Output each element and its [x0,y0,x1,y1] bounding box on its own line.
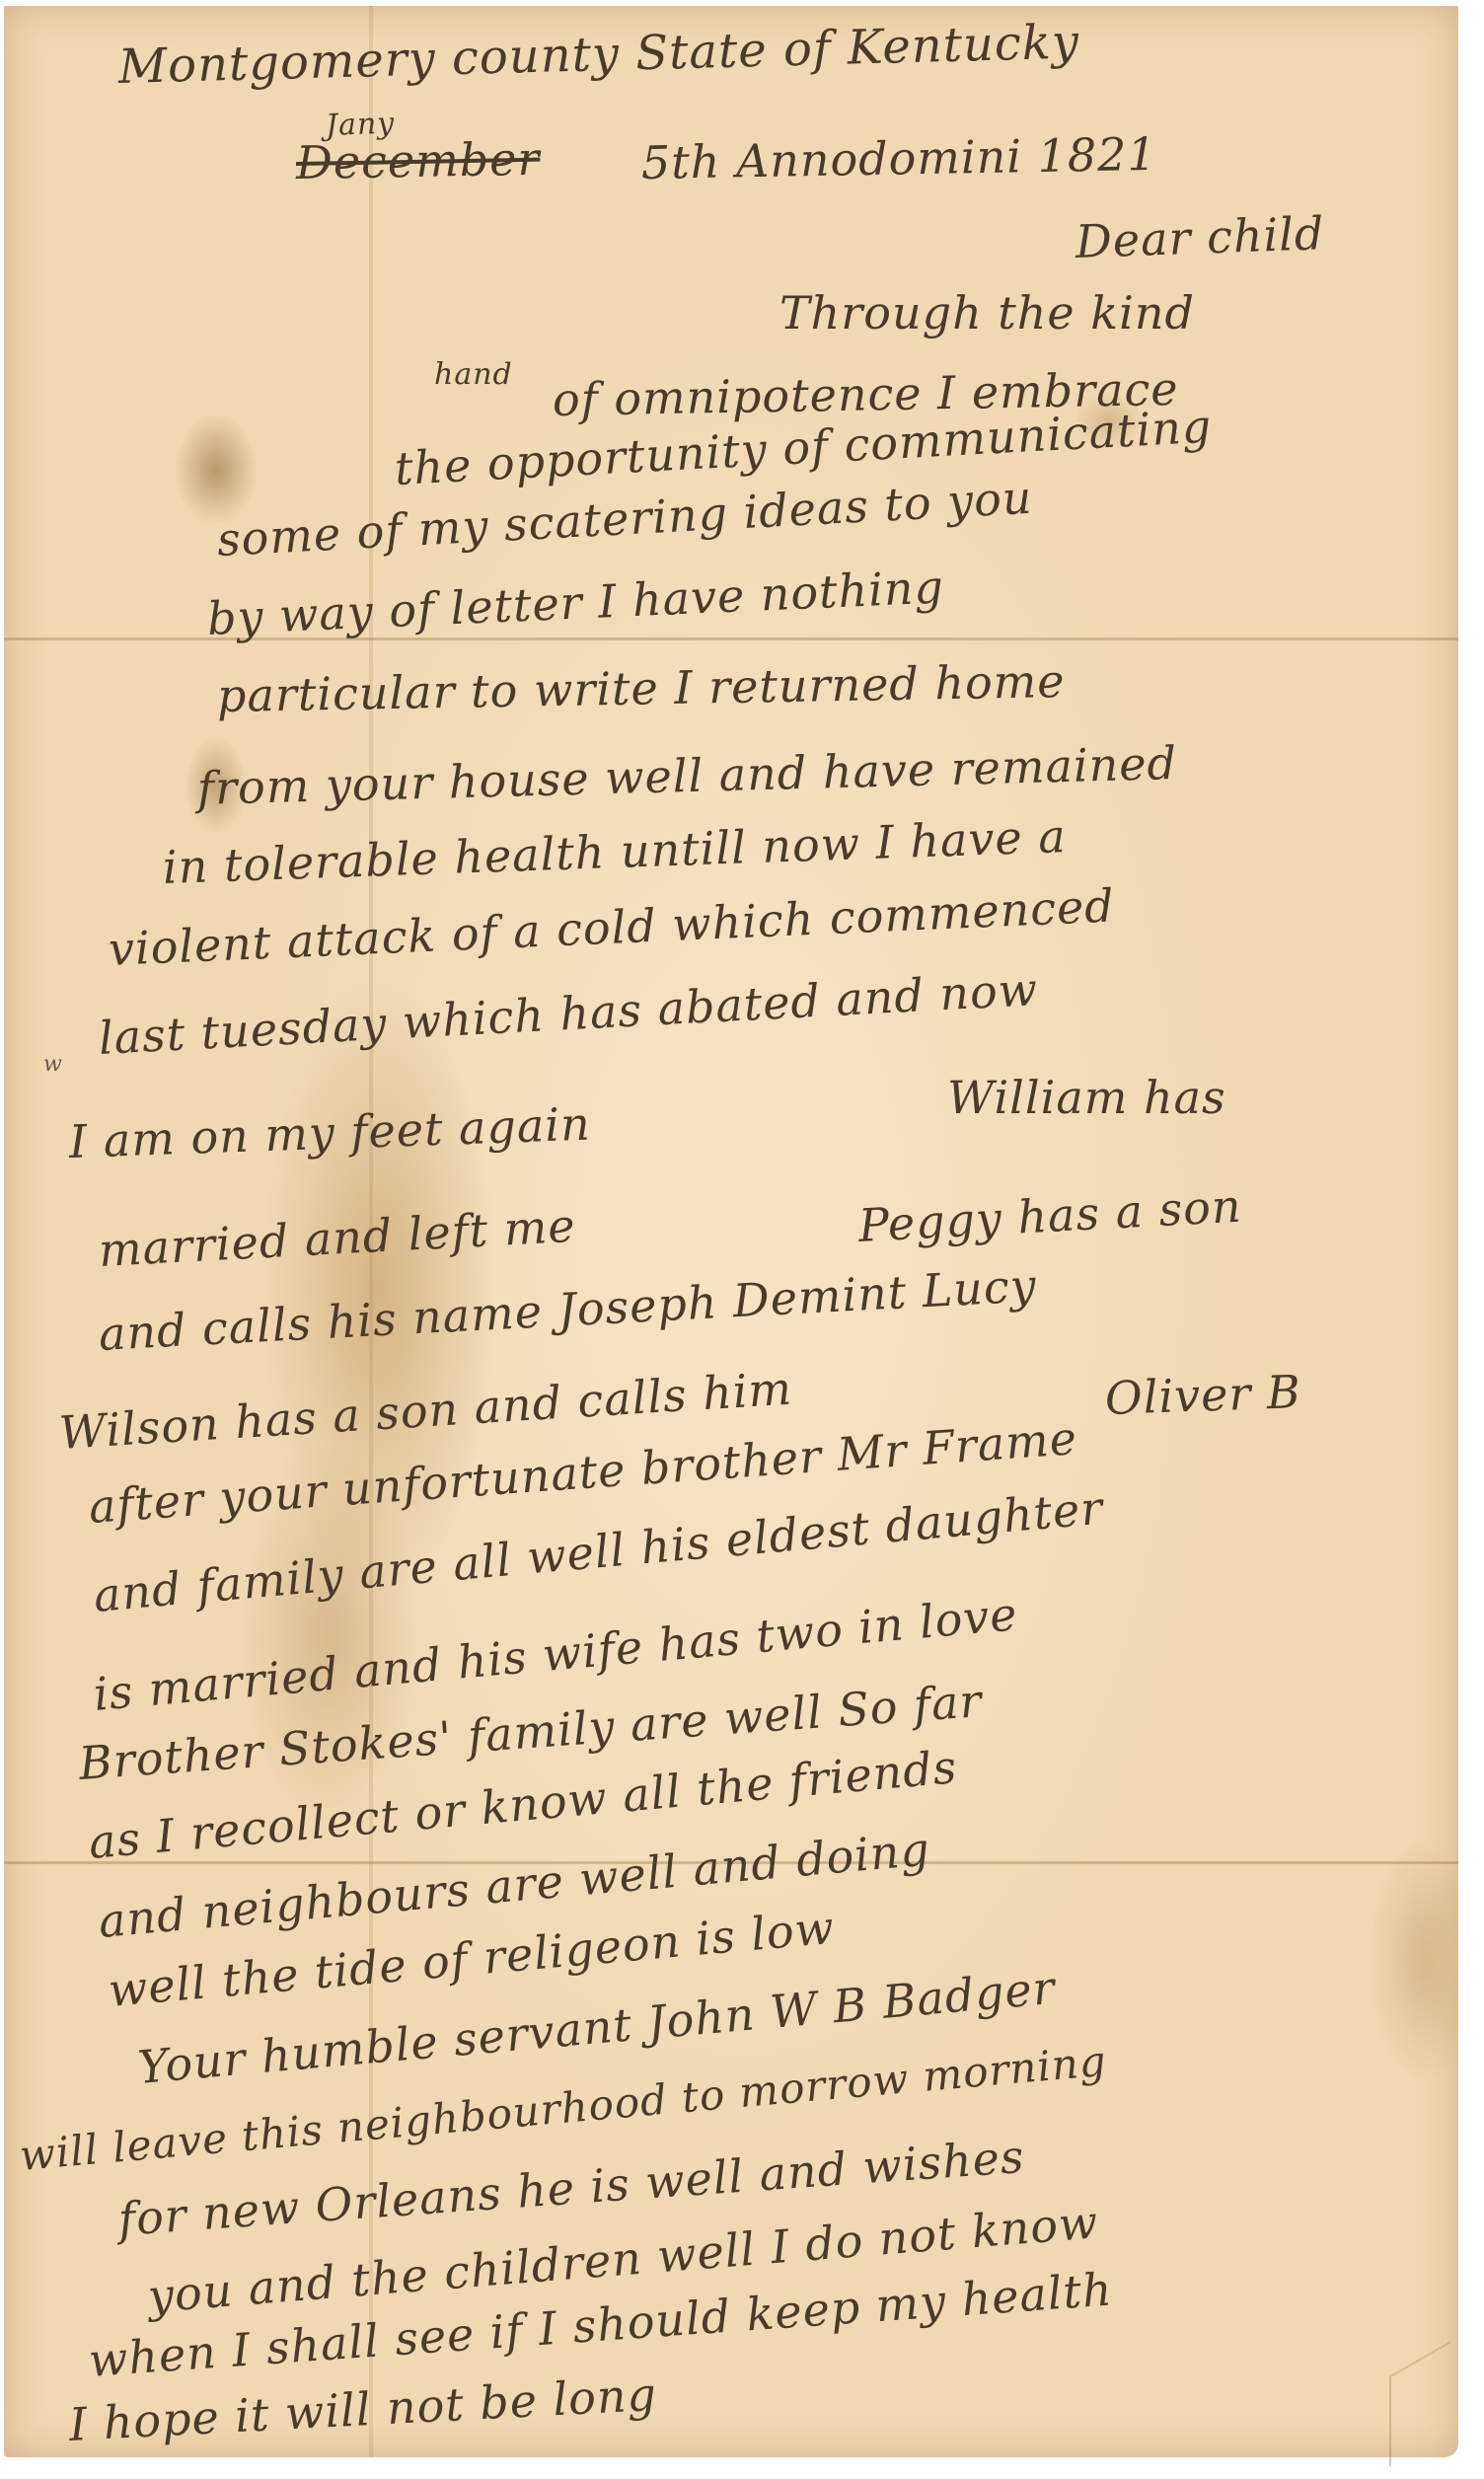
date-rest: 5th Annodomini 1821 [641,127,1158,189]
folded-corner [1389,2341,1450,2467]
letter-line: Oliver B [1104,1365,1302,1425]
date-struck-month: December [296,132,541,189]
letter-line: hand [434,357,513,392]
letter-line: Through the kind [779,286,1195,339]
salutation: Dear child [1075,206,1325,268]
letter-line: William has [947,1071,1226,1124]
margin-mark: w [43,1052,62,1077]
